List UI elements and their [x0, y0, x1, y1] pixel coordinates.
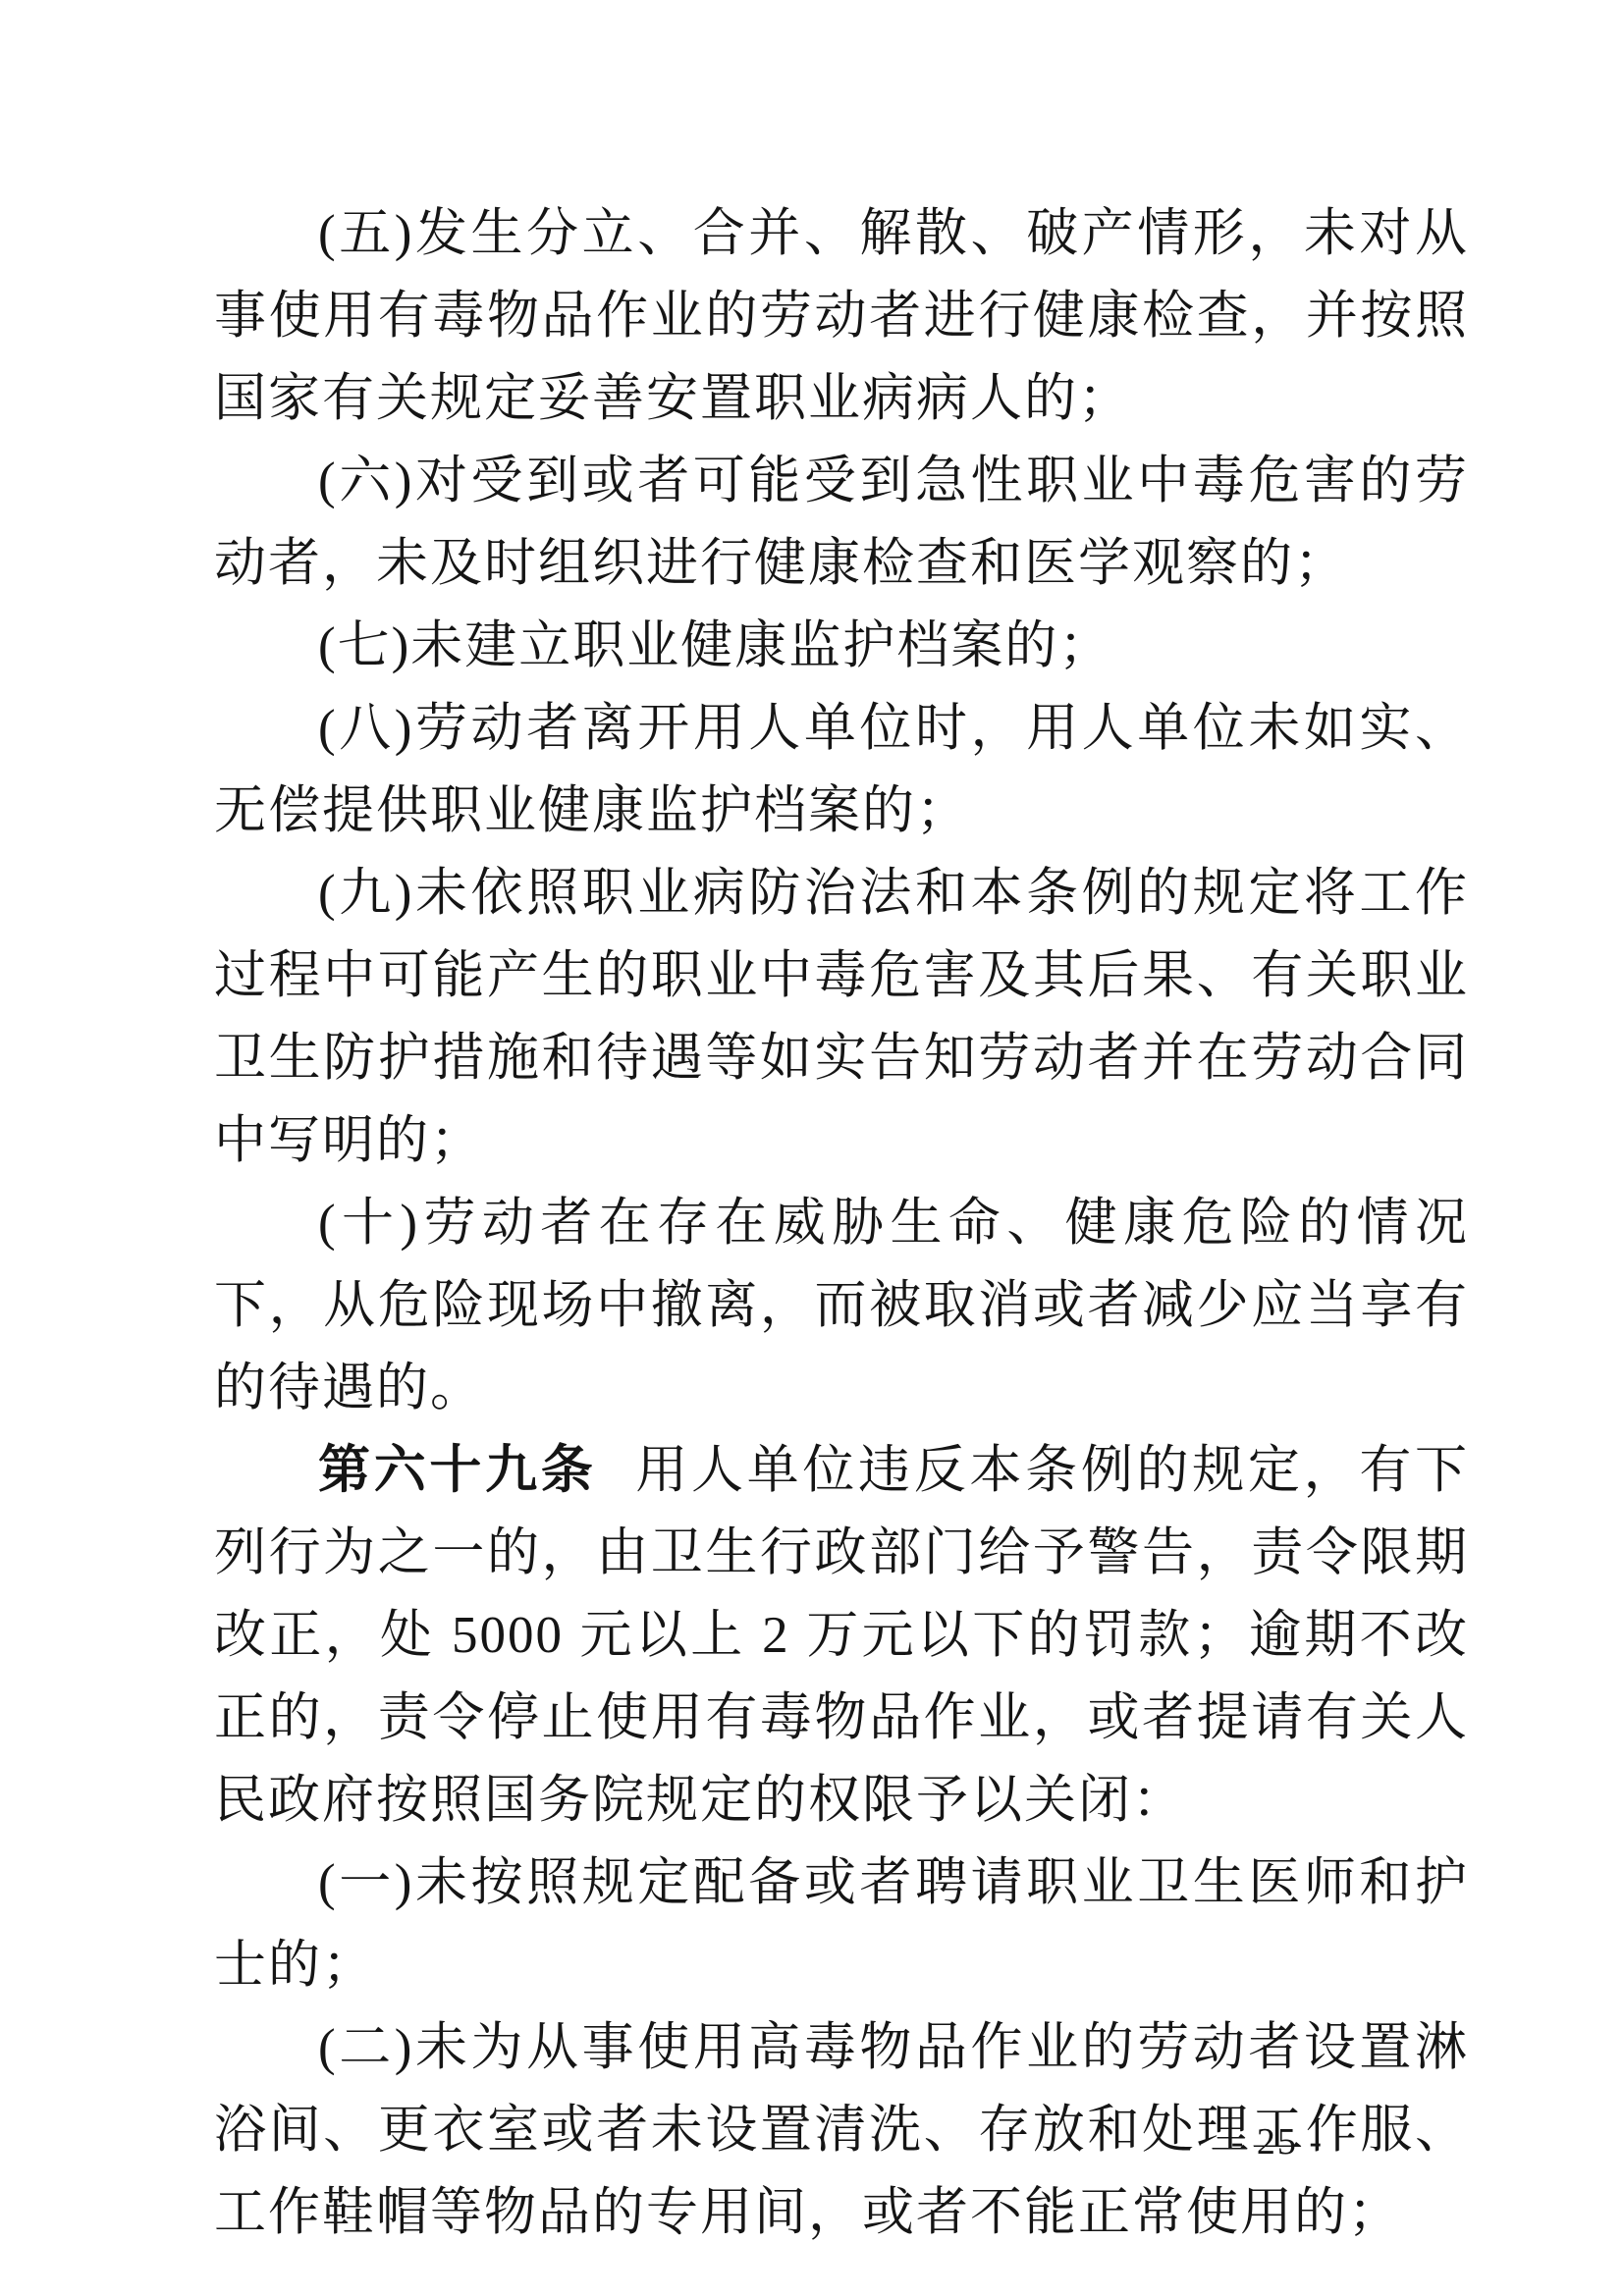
document-body: (五)发生分立、合并、解散、破产情形，未对从事使用有毒物品作业的劳动者进行健康检…	[214, 192, 1469, 2254]
clause-6-paragraph: (六)对受到或者可能受到急性职业中毒危害的劳动者，未及时组织进行健康检查和医学观…	[214, 440, 1469, 605]
clause-8-paragraph: (八)劳动者离开用人单位时，用人单位未如实、无偿提供职业健康监护档案的；	[214, 687, 1469, 852]
clause-1-paragraph: (一)未按照规定配备或者聘请职业卫生医师和护士的；	[214, 1842, 1469, 2006]
clause-9-paragraph: (九)未依照职业病防治法和本条例的规定将工作过程中可能产生的职业中毒危害及其后果…	[214, 852, 1469, 1182]
clause-7-paragraph: (七)未建立职业健康监护档案的；	[214, 605, 1469, 687]
document-page: (五)发生分立、合并、解散、破产情形，未对从事使用有毒物品作业的劳动者进行健康检…	[0, 0, 1624, 2296]
article-69-heading: 第六十九条	[318, 1441, 597, 1499]
clause-5-paragraph: (五)发生分立、合并、解散、破产情形，未对从事使用有毒物品作业的劳动者进行健康检…	[214, 192, 1469, 440]
page-number: - 25 -	[1231, 2120, 1324, 2163]
article-69-paragraph: 第六十九条用人单位违反本条例的规定，有下列行为之一的，由卫生行政部门给予警告，责…	[214, 1429, 1469, 1842]
clause-10-paragraph: (十)劳动者在存在威胁生命、健康危险的情况下，从危险现场中撤离，而被取消或者减少…	[214, 1182, 1469, 1429]
article-69-text: 用人单位违反本条例的规定，有下列行为之一的，由卫生行政部门给予警告，责令限期改正…	[214, 1442, 1469, 1829]
